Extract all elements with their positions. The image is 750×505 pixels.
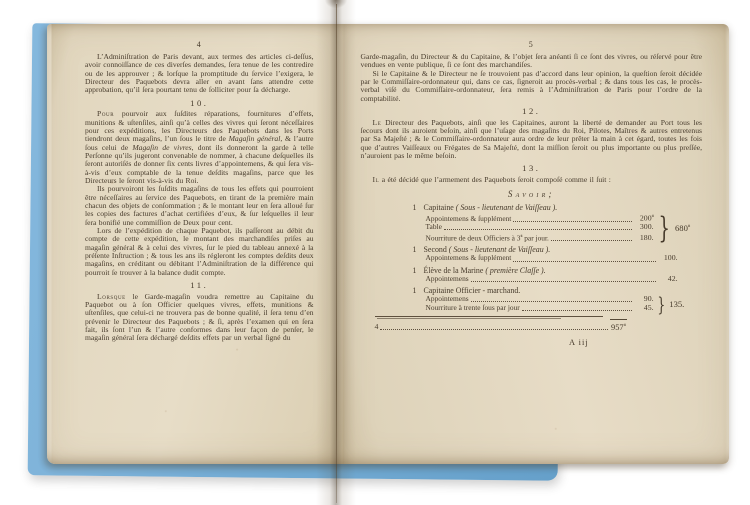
paragraph-desaccord: Si le Capitaine & le Directeur ne ſe tro… xyxy=(361,70,702,103)
amount: 180. xyxy=(634,234,654,243)
dotted-leader xyxy=(444,229,632,230)
page-left: 4 L’Adminiſtration de Paris devant, aux … xyxy=(47,24,344,464)
pay-line: Appointemens & ſupplément200tt xyxy=(426,212,654,223)
paragraph-article-11: Lorsque le Garde-magaſin voudra remettre… xyxy=(85,293,314,343)
crew-pay-table: 1Capitaine ( Sous - lieutenant de Vaiſſe… xyxy=(361,203,702,331)
dotted-leader xyxy=(471,301,632,302)
page-right: 5 Garde-magaſin, du Directeur & du Capit… xyxy=(344,24,729,464)
dotted-leader xyxy=(380,329,608,330)
section-heading-12: 12. xyxy=(361,107,702,116)
savoir-heading: Savoir; xyxy=(361,189,702,199)
paragraph-article-10: Pour pourvoir aux ſuſdites réparations, … xyxy=(85,110,314,185)
paragraph-continuation: Garde-magaſin, du Directeur & du Capitai… xyxy=(361,53,702,70)
paragraph-expedition: Lors de l’expédition de chaque Paquebot,… xyxy=(85,227,314,277)
grand-total: 957tt xyxy=(610,319,627,332)
pay-line: Nourriture de deux Officiers à 3tt par j… xyxy=(426,232,654,243)
pay-line: Nourriture à trente ſous par jour45. xyxy=(426,304,654,313)
subtotal: 680tt xyxy=(673,223,702,233)
subtotal: 135. xyxy=(667,299,696,309)
role-name: Capitaine xyxy=(424,203,456,212)
dotted-leader xyxy=(513,221,631,222)
brace-glyph: } xyxy=(657,295,665,313)
total-rule xyxy=(375,316,603,317)
table-row-eleve: 1Élève de la Marine ( première Claſſe ).… xyxy=(361,266,702,284)
quantity: 1 xyxy=(413,286,424,295)
section-heading-13: 13. xyxy=(361,164,702,173)
dotted-leader xyxy=(513,261,655,262)
role-note: ( première Claſſe ). xyxy=(485,266,545,275)
table-row-capitaine: 1Capitaine ( Sous - lieutenant de Vaiſſe… xyxy=(361,203,702,243)
amount: 42. xyxy=(658,275,678,284)
quantity: 1 xyxy=(413,245,424,254)
paragraph-article-12: Le Directeur des Paquebots, ainſi que le… xyxy=(361,119,702,161)
page-number-right: 5 xyxy=(361,40,702,49)
section-heading-11: 11. xyxy=(85,281,314,290)
brace-glyph: } xyxy=(658,215,669,241)
paragraph-article-13: Il a été décidé que l’armement des Paque… xyxy=(361,176,702,184)
paragraph-magasins: Ils pourvoiront les ſuſdits magaſins de … xyxy=(85,185,314,227)
table-total-row: 4 957tt xyxy=(361,319,627,332)
table-row-second: 1Second ( Sous - lieutenant de Vaiſſeau … xyxy=(361,245,702,263)
quantity: 1 xyxy=(413,203,424,212)
signature-mark: A iij xyxy=(361,338,702,347)
section-heading-10: 10. xyxy=(85,99,314,108)
quantity: 1 xyxy=(413,266,424,275)
paragraph-administration: L’Adminiſtration de Paris devant, aux te… xyxy=(85,53,314,95)
table-row-officier-marchand: 1Capitaine Officier - marchand. Appointe… xyxy=(361,286,702,313)
amount: 300. xyxy=(634,223,654,232)
amount: 45. xyxy=(634,304,654,313)
dotted-leader xyxy=(551,240,632,241)
pay-line: Appointemens42. xyxy=(426,275,678,284)
total-quantity: 4 xyxy=(375,322,379,331)
open-book-pages: 4 L’Adminiſtration de Paris devant, aux … xyxy=(47,24,729,464)
page-number-left: 4 xyxy=(85,40,314,49)
dotted-leader xyxy=(522,310,632,311)
book-scan: 4 L’Adminiſtration de Paris devant, aux … xyxy=(0,0,750,505)
role-note: ( Sous - lieutenant de Vaiſſeau ). xyxy=(456,203,557,212)
pay-line: Appointemens & ſupplément100. xyxy=(426,254,678,263)
amount: 100. xyxy=(658,254,678,263)
dotted-leader xyxy=(471,281,656,282)
pay-line: Table300. xyxy=(426,223,654,232)
